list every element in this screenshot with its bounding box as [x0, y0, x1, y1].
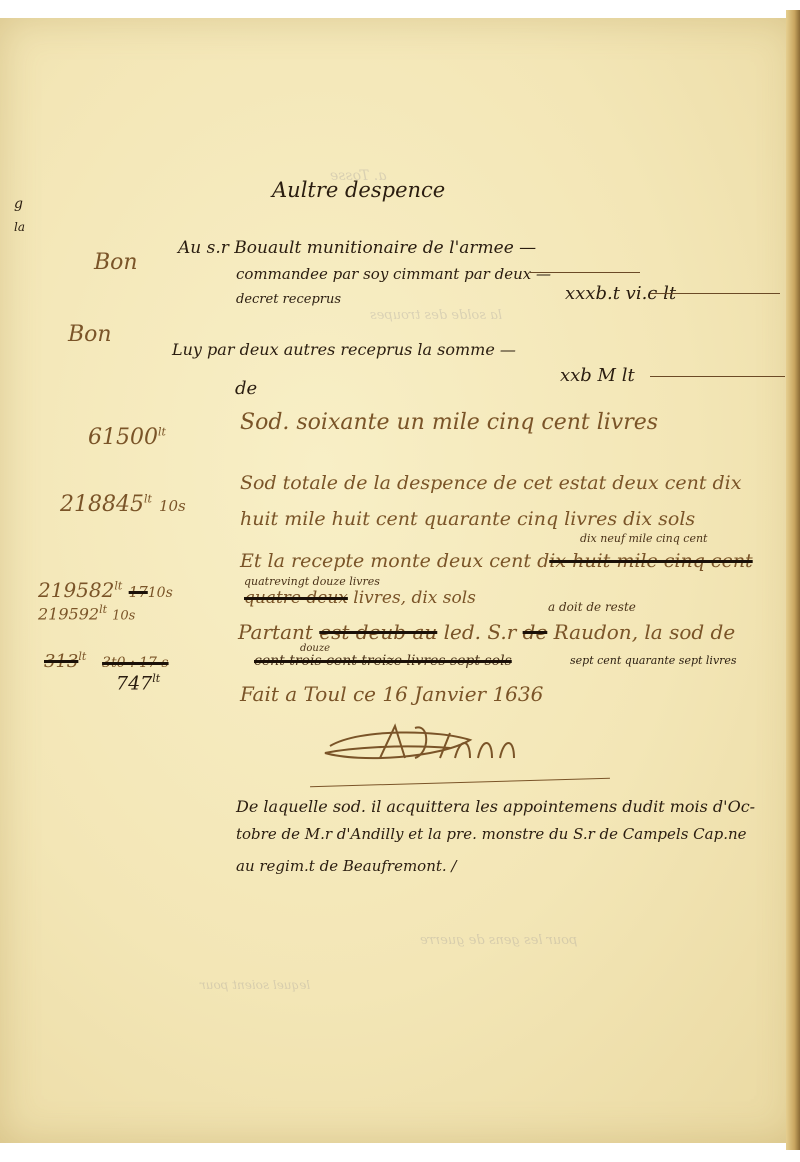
margin-amount-219592: 219592lt 10s — [38, 603, 135, 623]
amount-unit: lt — [114, 579, 122, 592]
entry-2-line-1: Luy par deux autres receprus la somme — — [172, 340, 516, 359]
amount-value: 747 — [116, 672, 152, 694]
amount-unit: lt — [144, 493, 152, 506]
signature-flourish-icon — [320, 718, 550, 778]
amount-value-struck: 313 — [44, 651, 78, 672]
entry-1-line-3: decret receprus — [236, 292, 341, 307]
amount-value: 219592 — [38, 604, 99, 623]
margin-amount-61500: 61500lt — [88, 425, 166, 450]
amount-sols: 10s — [112, 608, 135, 623]
footnote-line-2: tobre de M.r d'Andilly et la pre. monstr… — [236, 825, 747, 843]
page-heading: Aultre despence — [272, 178, 445, 202]
margin-note-bon: Bon — [68, 322, 112, 347]
amount-unit: lt — [158, 426, 166, 439]
left-edge-fragment: g — [14, 196, 23, 212]
insertion-below: quatrevingt douze livres — [244, 575, 380, 588]
recepte-text: Et la recepte monte deux cent d — [240, 550, 549, 572]
margin-amount-313-struck: 313lt 3t0 : 17 s — [44, 650, 169, 672]
amount-sols: 10s — [148, 585, 173, 601]
amount-value: 61500 — [88, 425, 158, 450]
insertion-above: dix neuf mile cinq cent — [580, 532, 707, 545]
struck-text: quatre deux — [244, 588, 348, 608]
livres-text: livres, dix sols — [353, 588, 476, 608]
struck-text: de — [523, 620, 548, 644]
total-4-line-1: Partant est deub au led. S.r de Raudon, … — [238, 620, 735, 644]
line-rule — [530, 272, 640, 273]
amount-sols: 10s — [159, 497, 186, 515]
entry-1-line-2: commandee par soy cimmant par deux — — [236, 265, 551, 283]
amount-value: 219582 — [38, 578, 114, 602]
total-2-line-1: Sod totale de la despence de cet estat d… — [240, 472, 741, 494]
struck-text: ix huit mile cinq cent — [549, 550, 752, 572]
bleed-through-text: la solde des troupes — [370, 308, 502, 323]
entry-2-line-2: de — [235, 378, 257, 399]
margin-amount-747: 747lt — [116, 672, 160, 694]
line-rule — [650, 293, 780, 294]
struck-text: est deub au — [319, 620, 437, 644]
total-4-line-2: cent trois cent treize livres sept sols — [254, 653, 512, 669]
line-rule — [650, 376, 785, 377]
binding-spine — [786, 10, 800, 1150]
total-1-text: Sod. soixante un mile cinq cent livres — [240, 410, 658, 435]
total-4-line-2-end: sept cent quarante sept livres — [570, 654, 737, 667]
amount-unit: lt — [99, 603, 107, 616]
margin-amount-219582-struck: 219582lt 1710s — [38, 578, 173, 602]
entry-1-line-1: Au s.r Bouault munitionaire de l'armee — — [178, 238, 536, 258]
total-3-line-2: quatre deux livres, dix sols — [244, 588, 476, 608]
left-edge-fragment: la — [14, 220, 25, 234]
insertion-above: a doit de reste — [548, 600, 636, 614]
bleed-through-text: lequel soient pour — [200, 978, 310, 992]
amount-value: 218845 — [60, 492, 144, 517]
amount-unit: lt — [152, 672, 160, 685]
date-line: Fait a Toul ce 16 Janvier 1636 — [240, 682, 543, 706]
raudon-text: Raudon, la sod de — [554, 620, 736, 644]
amount-sols-struck: 17 — [129, 583, 148, 601]
footnote-line-1: De laquelle sod. il acquittera les appoi… — [236, 797, 755, 816]
struck-text: cent trois cent treize livres sept sols — [254, 653, 512, 669]
total-2-line-2: huit mile huit cent quarante cinq livres… — [240, 508, 695, 530]
margin-amount-218845: 218845lt 10s — [60, 492, 186, 517]
partant-text: Partant — [238, 620, 313, 644]
entry-2-amount: xxb M lt — [560, 365, 635, 386]
total-3-line-1: Et la recepte monte deux cent dix huit m… — [240, 550, 753, 572]
footnote-line-3: au regim.t de Beaufremont. / — [236, 857, 457, 875]
sieur-text: led. S.r — [444, 620, 517, 644]
signature: A. Sehault — [320, 718, 550, 778]
margin-note-bon: Bon — [94, 250, 138, 275]
bleed-through-text: pour les gens de guerre — [420, 933, 577, 948]
amount-sols-struck: 3t0 : 17 s — [102, 655, 169, 671]
